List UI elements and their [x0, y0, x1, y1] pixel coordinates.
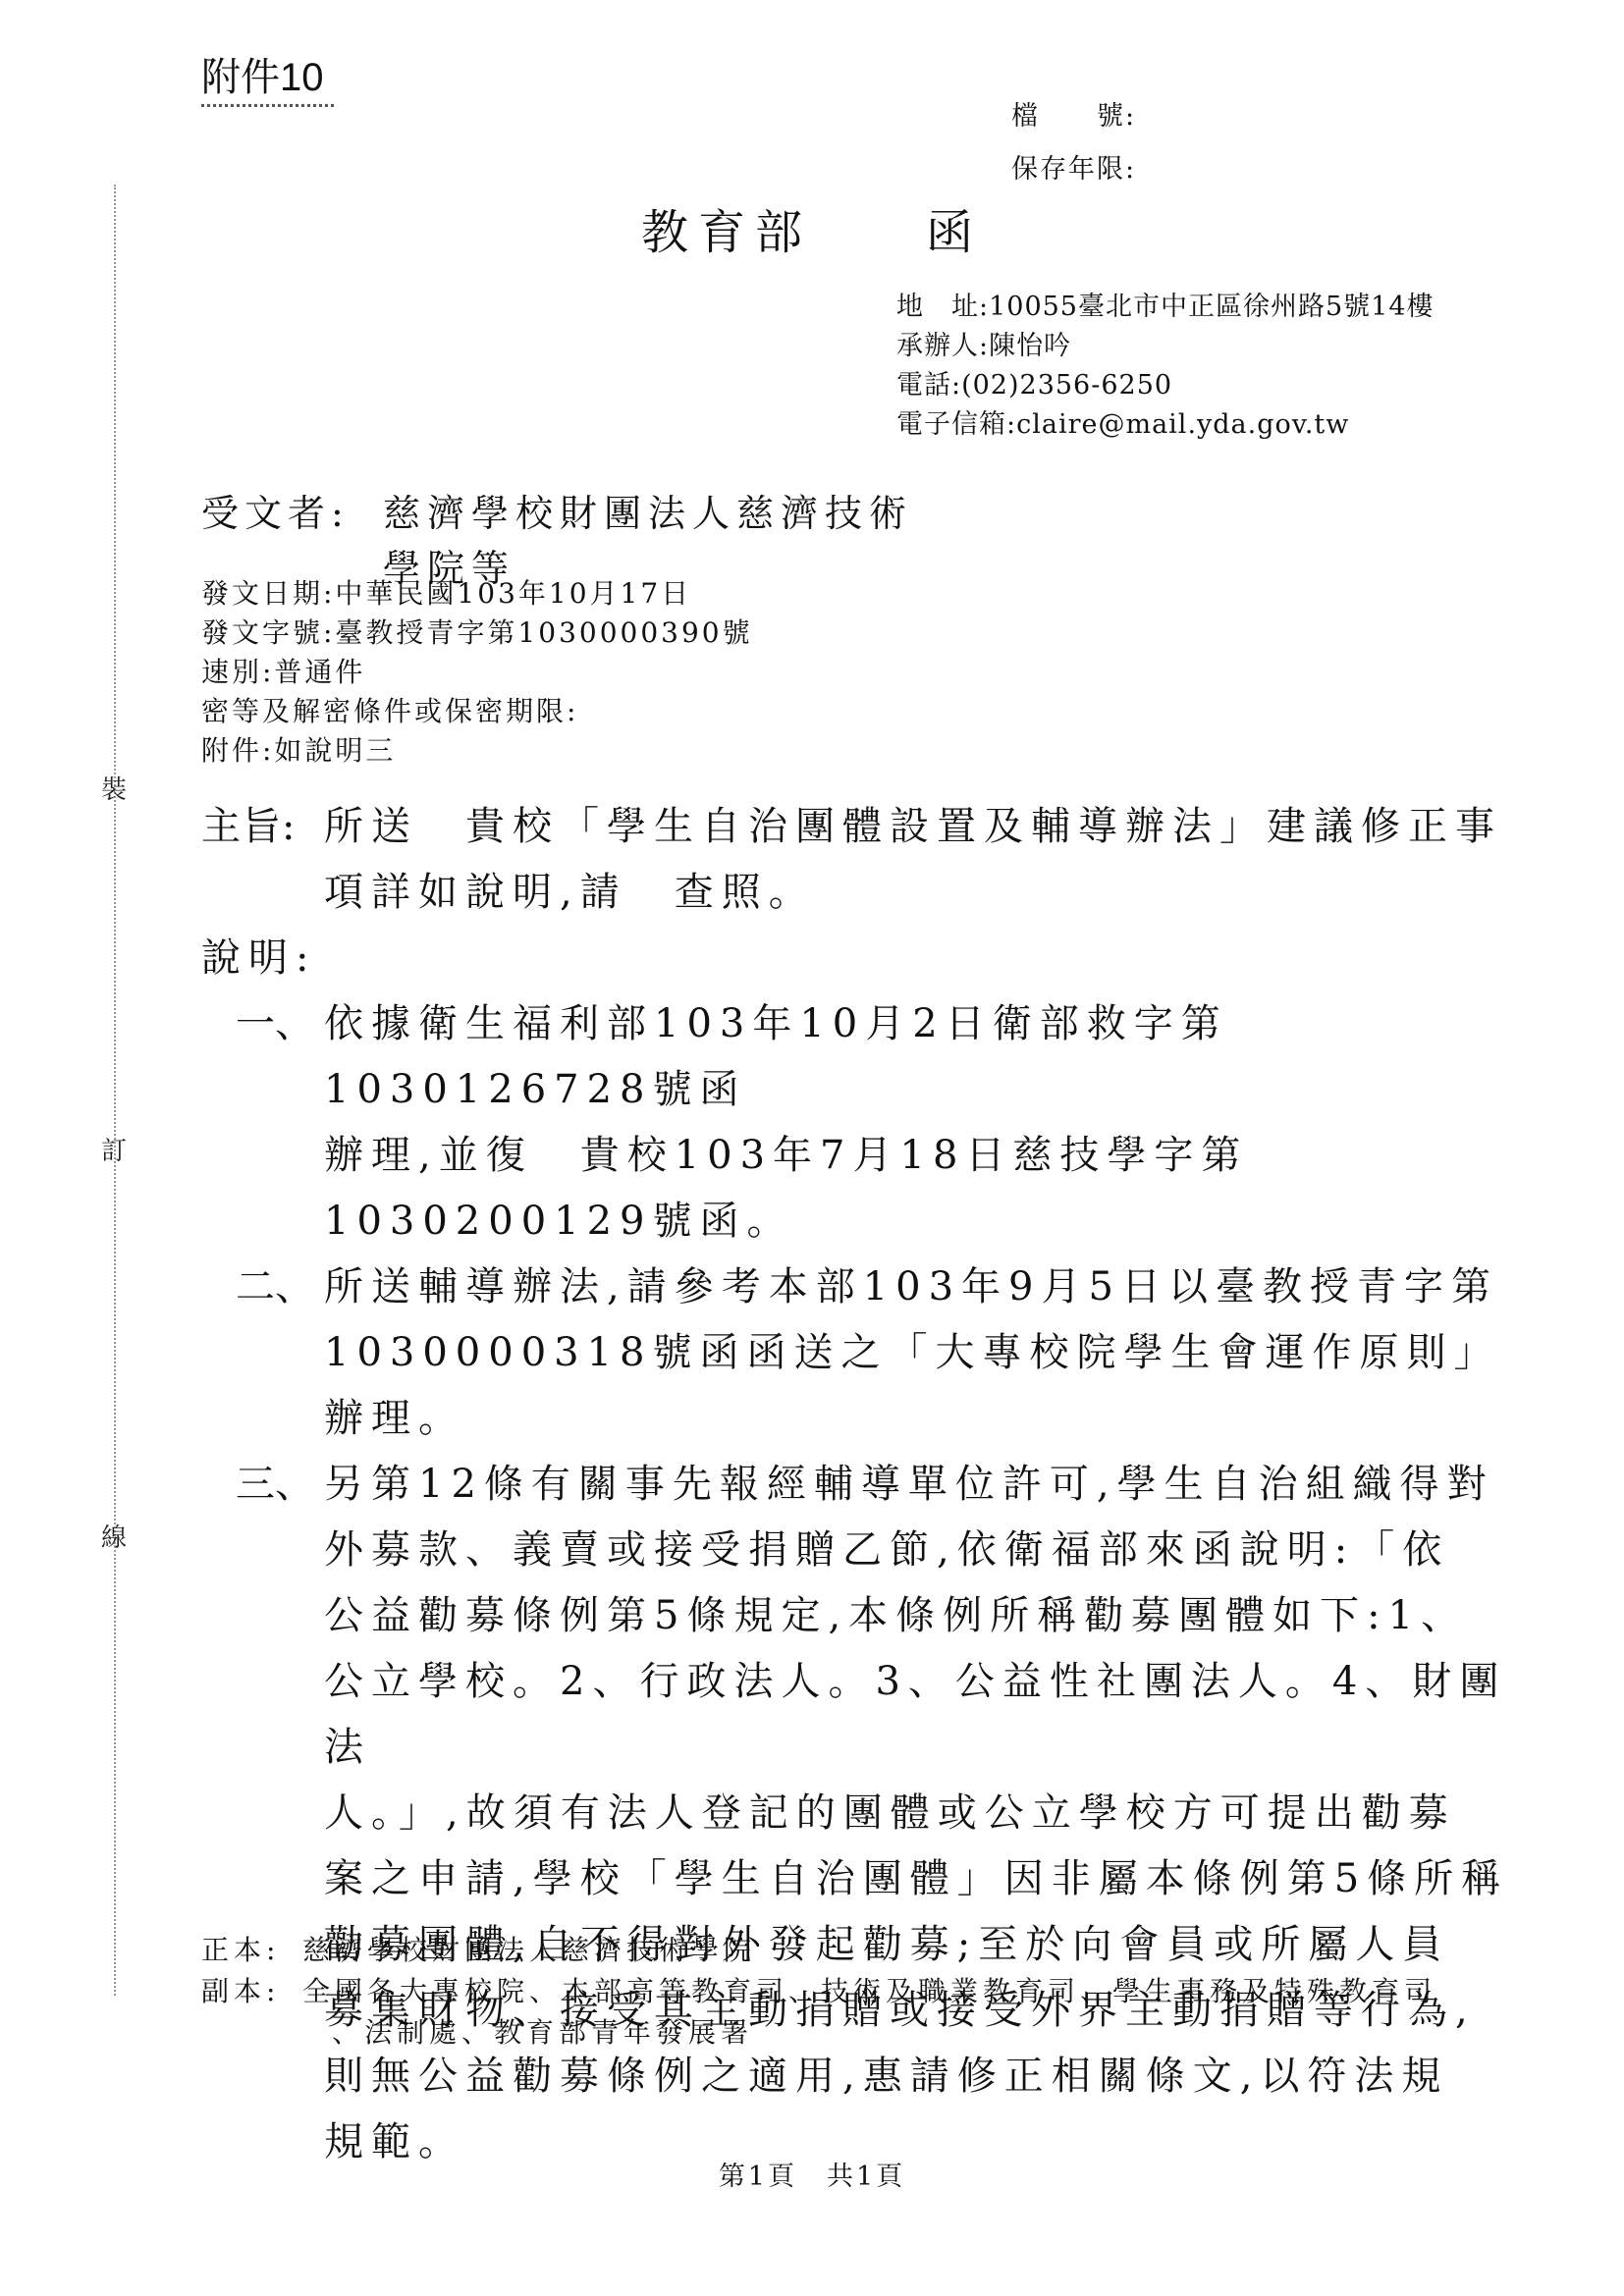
item-text: 所送輔導辦法,請參考本部103年9月5日以臺教授青字第 1030000318號函… — [324, 1255, 1522, 1452]
item-line: 公益勸募條例第5條規定,本條例所稱勸募團體如下:1、 — [324, 1583, 1522, 1649]
item-number: 一、 — [236, 991, 324, 1255]
page-number: 第1頁 共1頁 — [0, 2155, 1624, 2193]
subject-text: 所送 貴校「學生自治團體設置及輔導辦法」建議修正事 項詳如說明,請 查照。 — [324, 794, 1502, 926]
issue-date-line: 發文日期:中華民國103年10月17日 — [201, 574, 753, 614]
speed-class-line: 速別:普通件 — [201, 653, 753, 692]
document-page: 裝 訂 線 附件10 檔 號: 保存年限: 教育部 函 地 址:10055臺北市… — [0, 0, 1624, 2296]
original-copy-text: 慈濟學校財團法人慈濟技術學院 — [302, 1930, 756, 1971]
document-title: 教育部 函 — [0, 194, 1624, 262]
item-line: 公立學校。2、行政法人。3、公益性社團法人。4、財團法 — [324, 1649, 1522, 1781]
meta-block: 發文日期:中華民國103年10月17日 發文字號:臺教授青字第103000039… — [201, 574, 753, 771]
subject-block: 主旨: 所送 貴校「學生自治團體設置及輔導辦法」建議修正事 項詳如說明,請 查照… — [201, 794, 1502, 926]
item-number: 三、 — [236, 1452, 324, 2175]
subject-label: 主旨: — [201, 794, 324, 926]
contact-address: 地 址:10055臺北市中正區徐州路5號14樓 — [896, 288, 1435, 327]
explanation-item-2: 二、 所送輔導辦法,請參考本部103年9月5日以臺教授青字第 103000031… — [236, 1255, 1522, 1452]
copies-block: 正本: 慈濟學校財團法人慈濟技術學院 副本: 全國各大專校院、本部高等教育司、技… — [201, 1930, 1436, 2054]
attachment-label: 附件10 — [201, 55, 334, 107]
item-line: 案之申請,學校「學生自治團體」因非屬本條例第5條所稱 — [324, 1846, 1522, 1912]
recipient-line: 慈濟學校財團法人慈濟技術 — [383, 486, 913, 541]
item-line: 另第12條有關事先報經輔導單位許可,學生自治組織得對 — [324, 1452, 1522, 1518]
item-line: 1030000318號函函送之「大專校院學生會運作原則」辦理。 — [324, 1320, 1522, 1452]
binding-dotted-line — [114, 185, 116, 1996]
filing-block: 檔 號: 保存年限: — [1011, 90, 1136, 196]
contact-block: 地 址:10055臺北市中正區徐州路5號14樓 承辦人:陳怡吟 電話:(02)2… — [896, 288, 1435, 445]
binding-char-zhuang: 裝 — [101, 775, 127, 805]
cc-line: 、法制處、教育部青年發展署 — [332, 2012, 1436, 2054]
cc-line: 全國各大專校院、本部高等教育司、技術及職業教育司、學生事務及特殊教育司 — [302, 1971, 1436, 2012]
cc-copy-text: 全國各大專校院、本部高等教育司、技術及職業教育司、學生事務及特殊教育司 、法制處… — [302, 1971, 1436, 2054]
attachment-note-line: 附件:如說明三 — [201, 731, 753, 771]
subject-line: 所送 貴校「學生自治團體設置及輔導辦法」建議修正事 — [324, 794, 1502, 860]
item-line: 辦理,並復 貴校103年7月18日慈技學字第1030200129號函。 — [324, 1123, 1522, 1255]
item-number: 二、 — [236, 1255, 324, 1452]
contact-email: 電子信箱:claire@mail.yda.gov.tw — [896, 405, 1435, 445]
contact-officer: 承辦人:陳怡吟 — [896, 327, 1435, 366]
explanation-item-1: 一、 依據衛生福利部103年10月2日衛部救字第1030126728號函 辦理,… — [236, 991, 1522, 1255]
retention-period-label: 保存年限: — [1011, 143, 1136, 196]
item-text: 另第12條有關事先報經輔導單位許可,學生自治組織得對 外募款、義賣或接受捐贈乙節… — [324, 1452, 1522, 2175]
security-class-line: 密等及解密條件或保密期限: — [201, 692, 753, 731]
original-copy-row: 正本: 慈濟學校財團法人慈濟技術學院 — [201, 1930, 1436, 1971]
explanation-item-3: 三、 另第12條有關事先報經輔導單位許可,學生自治組織得對 外募款、義賣或接受捐… — [236, 1452, 1522, 2175]
subject-line: 項詳如說明,請 查照。 — [324, 860, 1502, 926]
cc-copy-row: 副本: 全國各大專校院、本部高等教育司、技術及職業教育司、學生事務及特殊教育司 … — [201, 1971, 1436, 2054]
binding-char-ding: 訂 — [101, 1137, 127, 1166]
item-text: 依據衛生福利部103年10月2日衛部救字第1030126728號函 辦理,並復 … — [324, 991, 1522, 1255]
item-line: 依據衛生福利部103年10月2日衛部救字第1030126728號函 — [324, 991, 1522, 1123]
item-line: 人。」,故須有法人登記的團體或公立學校方可提出勸募 — [324, 1781, 1522, 1846]
contact-phone: 電話:(02)2356-6250 — [896, 366, 1435, 405]
explanation-heading: 說明: — [201, 926, 316, 991]
item-line: 所送輔導辦法,請參考本部103年9月5日以臺教授青字第 — [324, 1255, 1522, 1320]
issue-number-line: 發文字號:臺教授青字第1030000390號 — [201, 614, 753, 653]
item-line: 外募款、義賣或接受捐贈乙節,依衛福部來函說明:「依 — [324, 1518, 1522, 1583]
file-number-label: 檔 號: — [1011, 90, 1136, 143]
item-line: 則無公益勸募條例之適用,惠請修正相關條文,以符法規 — [324, 2044, 1522, 2109]
binding-char-xian: 線 — [101, 1523, 127, 1553]
original-copy-label: 正本: — [201, 1930, 302, 1971]
cc-copy-label: 副本: — [201, 1971, 302, 2054]
